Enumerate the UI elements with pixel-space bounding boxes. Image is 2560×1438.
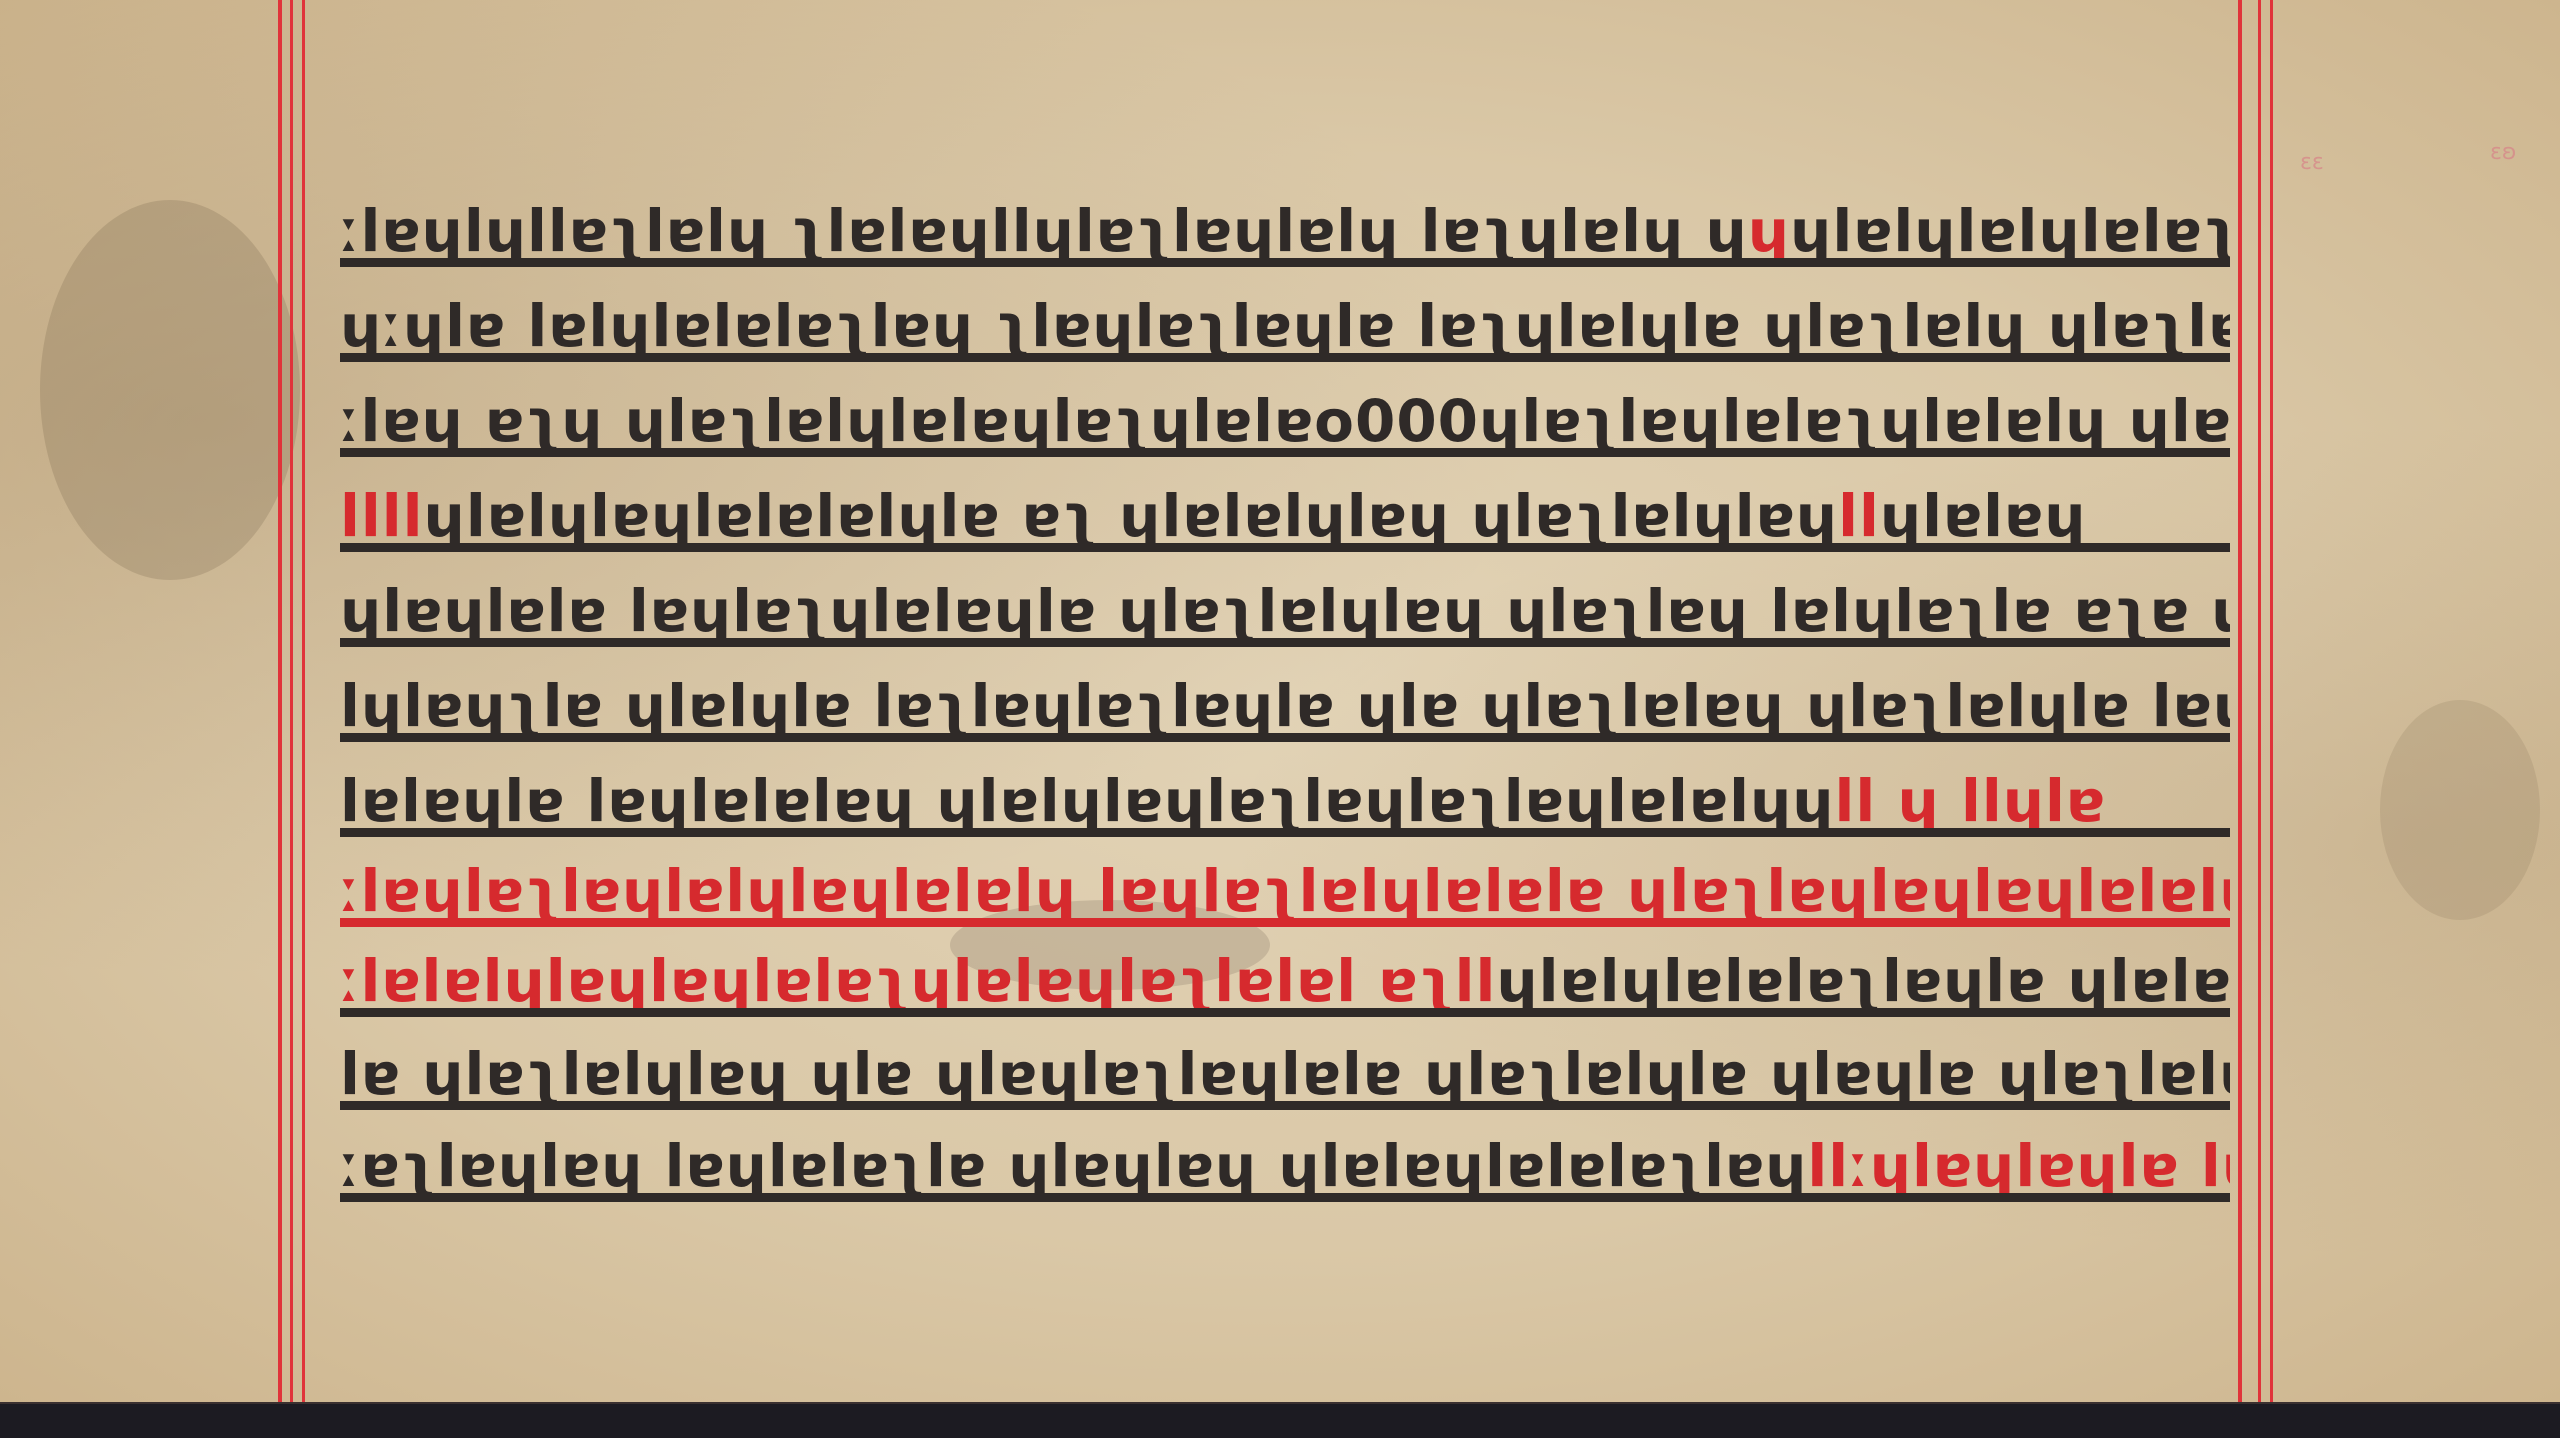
rubric-text: ːlɐlɐlɥlɐɥlɐɥlɐlɐʅɥlɐlɐɥlɐʅlɐlɐl ɐʅ xyxy=(340,955,1455,1007)
ink-text: lɥlɐɥʅlɐ ɥlɐlɥlɐ lɐʅlɐɥlɐʅlɐɥlɐ ɥlɐ ɥlɐʅ… xyxy=(340,680,2230,732)
ink-text: ɥlɐlɥlɐɥlɐlɐlɐlɥlɐ ɐʅ ɥlɐlɐlɥlɐɥ ɥlɐʅlɐl… xyxy=(424,490,1839,542)
manuscript-line: lɥlɐɥʅlɐ ɥlɐlɥlɐ lɐʅlɐɥlɐʅlɐɥlɐ ɥlɐ ɥlɐʅ… xyxy=(340,680,2230,742)
ink-text: ɥlɐɥlɐlɐ lɐɥlɐʅɥlɐlɐɥlɐ ɥlɐʅlɐlɥlɐɥ ɥlɐʅ… xyxy=(340,585,2230,637)
left-margin-rule xyxy=(290,0,293,1402)
manuscript-line: ːɐʅlɐɥlɐɥ lɐɥlɐlɐʅlɐ ɥlɐɥlɐɥ ɥlɐlɐɥlɐlɐl… xyxy=(340,1140,2230,1202)
ink-text: ːɐʅlɐɥlɐɥ lɐɥlɐlɐʅlɐ ɥlɐɥlɐɥ ɥlɐlɐɥlɐlɐl… xyxy=(340,1140,1807,1192)
left-margin-rule xyxy=(278,0,282,1402)
rubric-text: ːlɐɥlɐʅlɐɥlɐlɥlɐɥlɐlɐlɥ lɐɥlɐʅlɐlɥlɐlɐlɐ… xyxy=(340,865,2230,917)
stain xyxy=(2380,700,2540,920)
rubric-text: llːɥlɐɥlɐɥlɐ lɐʅlɐ xyxy=(1807,1140,2230,1192)
stain xyxy=(40,200,300,580)
rubric-text: ll ɥ llɥlɐ xyxy=(1835,775,2107,827)
manuscript-line: ːlɐɥ ɐʅɥ ɥlɐʅlɐlɥlɐlɐɥlɐʅɥlɐlɐo000ɥlɐʅlɐ… xyxy=(340,395,2230,457)
right-margin-rule xyxy=(2270,0,2273,1402)
manuscript-line: ll llɥlɐlɥlɐɥlɐlɐlɐlɥlɐ ɐʅ ɥlɐlɐlɥlɐɥ ɥl… xyxy=(340,490,2230,552)
manuscript-line: ːlɐɥlɥllɐʅlɐlɥ ʅlɐlɐɥllɥlɐʅlɐɥlɐlɥ lɐʅɥl… xyxy=(340,205,2230,267)
ink-text: lɐlɐɥlɐ lɐɥlɐlɐlɐɥ ɥlɐlɥlɐɥlɐʅlɐɥlɐʅlɐɥl… xyxy=(340,775,1835,827)
rubric-text: ɥ xyxy=(1748,205,1790,257)
ink-text: ɥːɥlɐ lɐlɥlɐlɐlɐʅlɐɥ ʅlɐɥlɐʅlɐɥlɐ lɐʅɥlɐ… xyxy=(340,300,2230,352)
right-margin-rule xyxy=(2238,0,2242,1402)
ink-text: ɥlɐlɐɥ xyxy=(1880,490,2087,542)
manuscript-line: ːlɐɥlɐʅlɐɥlɐlɥlɐɥlɐlɐlɥ lɐɥlɐʅlɐlɥlɐlɐlɐ… xyxy=(340,865,2230,927)
ink-text: ːlɐɥlɥllɐʅlɐlɥ ʅlɐlɐɥllɥlɐʅlɐɥlɐlɥ lɐʅɥl… xyxy=(340,205,1748,257)
folio-mark: ɛʚ xyxy=(2490,140,2517,165)
rubric-text: ll xyxy=(382,490,424,542)
manuscript-paper: ɛɛ ɛʚ ːlɐɥlɥllɐʅlɐlɥ ʅlɐlɐɥllɥlɐʅlɐɥlɐlɥ… xyxy=(0,0,2560,1404)
ink-text: ɥlɐlɥlɐlɥlɐlɐʅlɐ xyxy=(1790,205,2230,257)
manuscript-line: ɥːɥlɐ lɐlɥlɐlɐlɐʅlɐɥ ʅlɐɥlɐʅlɐɥlɐ lɐʅɥlɐ… xyxy=(340,300,2230,362)
rubric-text: ll xyxy=(1455,955,1497,1007)
ink-text: lɐ ɥlɐʅlɐlɥlɐɥ ɥlɐ ɥlɐɥlɐʅlɐɥlɐlɐ ɥlɐʅlɐ… xyxy=(340,1048,2230,1100)
manuscript-line: lɐlɐɥlɐ lɐɥlɐlɐlɐɥ ɥlɐlɥlɐɥlɐʅlɐɥlɐʅlɐɥl… xyxy=(340,775,2230,837)
rubric-text: ll xyxy=(340,490,382,542)
left-margin-rule xyxy=(302,0,305,1402)
manuscript-line: lɐ ɥlɐʅlɐlɥlɐɥ ɥlɐ ɥlɐɥlɐʅlɐɥlɐlɐ ɥlɐʅlɐ… xyxy=(340,1048,2230,1110)
folio-mark: ɛɛ xyxy=(2300,150,2324,175)
ink-text: ɥlɐlɥlɐlɐlɐʅlɐɥlɐ ɥlɐlɐlɥ xyxy=(1496,955,2230,1007)
rubric-text: ll xyxy=(1838,490,1880,542)
manuscript-line: ːlɐlɐlɥlɐɥlɐɥlɐlɐʅɥlɐlɐɥlɐʅlɐlɐl ɐʅ llɥl… xyxy=(340,955,2230,1017)
ink-text: ːlɐɥ ɐʅɥ ɥlɐʅlɐlɥlɐlɐɥlɐʅɥlɐlɐo000ɥlɐʅlɐ… xyxy=(340,395,2230,447)
manuscript-line: ɥlɐɥlɐlɐ lɐɥlɐʅɥlɐlɐɥlɐ ɥlɐʅlɐlɥlɐɥ ɥlɐʅ… xyxy=(340,585,2230,647)
right-margin-rule xyxy=(2258,0,2261,1402)
